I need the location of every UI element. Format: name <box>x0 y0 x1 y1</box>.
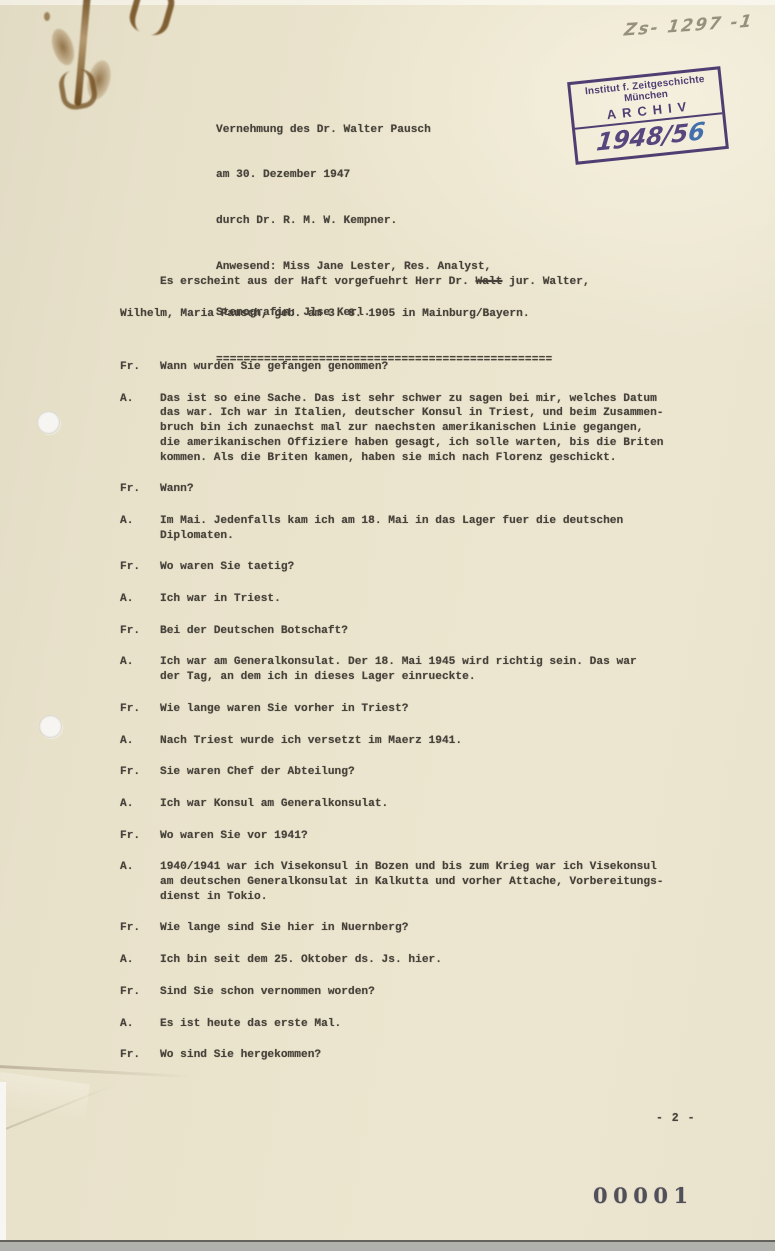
qa-label: A. <box>120 734 133 749</box>
qa-line: Wo waren Sie vor 1941? <box>160 829 710 844</box>
qa-row: Fr. Bei der Deutschen Botschaft? <box>120 624 710 639</box>
stamp-number-main: 1948/5 <box>595 119 690 157</box>
qa-lines: Sie waren Chef der Abteilung? <box>160 765 710 780</box>
qa-lines: Ich war am Generalkonsulat. Der 18. Mai … <box>160 655 710 684</box>
qa-label: Fr. <box>120 360 140 375</box>
qa-line: Wann? <box>160 482 710 497</box>
qa-row: Fr. Wann? <box>120 482 710 497</box>
qa-line: Es ist heute das erste Mal. <box>160 1017 710 1032</box>
qa-lines: Wie lange sind Sie hier in Nuernberg? <box>160 921 710 936</box>
document-header: Vernehmung des Dr. Walter Pausch am 30. … <box>216 92 552 398</box>
header-interrogator-line: durch Dr. R. M. W. Kempner. <box>216 214 552 229</box>
qa-row: Fr. Wo waren Sie taetig? <box>120 560 710 575</box>
qa-row: A. Nach Triest wurde ich versetzt im Mae… <box>120 734 710 749</box>
qa-label: A. <box>120 797 133 812</box>
qa-row: A. Im Mai. Jedenfalls kam ich am 18. Mai… <box>120 514 710 543</box>
qa-lines: 1940/1941 war ich Visekonsul in Bozen un… <box>160 860 710 904</box>
qa-lines: Wo waren Sie vor 1941? <box>160 829 710 844</box>
qa-label: A. <box>120 953 133 968</box>
page-number: - 2 - <box>656 1112 696 1125</box>
qa-lines: Es ist heute das erste Mal. <box>160 1017 710 1032</box>
intro-paragraph: Es erscheint aus der Haft vorgefuehrt He… <box>120 266 700 330</box>
paperclip-rust-stain <box>44 12 50 21</box>
qa-label: Fr. <box>120 482 140 497</box>
qa-label: Fr. <box>120 624 140 639</box>
qa-line: das war. Ich war in Italien, deutscher K… <box>160 406 710 421</box>
qa-row: A. Ich war in Triest. <box>120 592 710 607</box>
qa-label: A. <box>120 860 133 875</box>
qa-line: bruch bin ich zunaechst mal zur naechste… <box>160 421 710 436</box>
qa-line: Wann wurden Sie gefangen genommen? <box>160 360 710 375</box>
qa-label: A. <box>120 514 133 529</box>
qa-line: Ich war Konsul am Generalkonsulat. <box>160 797 710 812</box>
qa-lines: Sind Sie schon vernommen worden? <box>160 985 710 1000</box>
qa-lines: Das ist so eine Sache. Das ist sehr schw… <box>160 392 710 466</box>
qa-row: A. Ich bin seit dem 25. Oktober ds. Js. … <box>120 953 710 968</box>
qa-lines: Ich war Konsul am Generalkonsulat. <box>160 797 710 812</box>
qa-line: Ich war am Generalkonsulat. Der 18. Mai … <box>160 655 710 670</box>
qa-line: Wie lange waren Sie vorher in Triest? <box>160 702 710 717</box>
qa-row: A. Ich war Konsul am Generalkonsulat. <box>120 797 710 812</box>
scan-edge-bottom <box>0 1240 775 1251</box>
paper-edge-top <box>0 0 775 5</box>
intro-line1-pre: Es erscheint aus der Haft vorgefuehrt He… <box>160 276 476 288</box>
qa-line: Wo waren Sie taetig? <box>160 560 710 575</box>
document-page: Zs- 1297 -1 Institut f. Zeitgeschichte M… <box>0 0 775 1251</box>
qa-line: Sind Sie schon vernommen worden? <box>160 985 710 1000</box>
handwritten-archive-ref: Zs- 1297 -1 <box>623 11 755 40</box>
qa-line: 1940/1941 war ich Visekonsul in Bozen un… <box>160 860 710 875</box>
qa-lines: Wann wurden Sie gefangen genommen? <box>160 360 710 375</box>
qa-lines: Wo sind Sie hergekommen? <box>160 1048 710 1063</box>
qa-row: Fr. Wo sind Sie hergekommen? <box>120 1048 710 1063</box>
paperclip-rust-stain <box>48 26 79 68</box>
qa-row: A. Es ist heute das erste Mal. <box>120 1017 710 1032</box>
qa-lines: Wie lange waren Sie vorher in Triest? <box>160 702 710 717</box>
header-title-line: Vernehmung des Dr. Walter Pausch <box>216 123 552 138</box>
qa-lines: Ich bin seit dem 25. Oktober ds. Js. hie… <box>160 953 710 968</box>
qa-lines: Ich war in Triest. <box>160 592 710 607</box>
qa-line: kommen. Als die Briten kamen, haben sie … <box>160 451 710 466</box>
intro-line-1: Es erscheint aus der Haft vorgefuehrt He… <box>120 266 700 298</box>
qa-lines: Nach Triest wurde ich versetzt im Maerz … <box>160 734 710 749</box>
qa-label: Fr. <box>120 765 140 780</box>
qa-label: Fr. <box>120 985 140 1000</box>
qa-row: A. 1940/1941 war ich Visekonsul in Bozen… <box>120 860 710 904</box>
qa-line: Sie waren Chef der Abteilung? <box>160 765 710 780</box>
header-date-line: am 30. Dezember 1947 <box>216 168 552 183</box>
qa-row: Fr. Wie lange waren Sie vorher in Triest… <box>120 702 710 717</box>
qa-line: Bei der Deutschen Botschaft? <box>160 624 710 639</box>
qa-line: die amerikanischen Offiziere haben gesag… <box>160 436 710 451</box>
paper-crease <box>0 1072 90 1144</box>
qa-lines: Im Mai. Jedenfalls kam ich am 18. Mai in… <box>160 514 710 543</box>
qa-label: A. <box>120 592 133 607</box>
qa-list: Fr. Wann wurden Sie gefangen genommen? A… <box>120 360 710 1080</box>
qa-lines: Wann? <box>160 482 710 497</box>
intro-line1-post: jur. Walter, <box>502 276 589 288</box>
qa-line: am deutschen Generalkonsulat in Kalkutta… <box>160 875 710 890</box>
qa-label: A. <box>120 1017 133 1032</box>
qa-line: Ich war in Triest. <box>160 592 710 607</box>
qa-lines: Bei der Deutschen Botschaft? <box>160 624 710 639</box>
archive-stamp: Institut f. Zeitgeschichte München ARCHI… <box>567 66 729 165</box>
qa-line: Wie lange sind Sie hier in Nuernberg? <box>160 921 710 936</box>
qa-row: Fr. Wann wurden Sie gefangen genommen? <box>120 360 710 375</box>
punch-hole-bottom <box>39 715 62 738</box>
qa-line: Im Mai. Jedenfalls kam ich am 18. Mai in… <box>160 514 710 529</box>
qa-label: A. <box>120 392 133 407</box>
stamp-number-last: 6 <box>686 117 706 147</box>
qa-line: Das ist so eine Sache. Das ist sehr schw… <box>160 392 710 407</box>
qa-row: A. Ich war am Generalkonsulat. Der 18. M… <box>120 655 710 684</box>
punch-hole-top <box>37 411 60 434</box>
serial-number-stamp: 00001 <box>593 1183 694 1208</box>
intro-struck-word: Walt <box>476 276 503 288</box>
qa-label: A. <box>120 655 133 670</box>
qa-label: Fr. <box>120 829 140 844</box>
qa-line: Diplomaten. <box>160 529 710 544</box>
qa-label: Fr. <box>120 560 140 575</box>
paperclip-rust-stain <box>126 0 178 39</box>
paper-edge-left <box>0 1082 6 1244</box>
qa-line: dienst in Tokio. <box>160 890 710 905</box>
qa-label: Fr. <box>120 1048 140 1063</box>
qa-row: Fr. Sind Sie schon vernommen worden? <box>120 985 710 1000</box>
qa-row: Fr. Wo waren Sie vor 1941? <box>120 829 710 844</box>
qa-row: Fr. Wie lange sind Sie hier in Nuernberg… <box>120 921 710 936</box>
qa-line: Ich bin seit dem 25. Oktober ds. Js. hie… <box>160 953 710 968</box>
qa-lines: Wo waren Sie taetig? <box>160 560 710 575</box>
qa-line: der Tag, an dem ich in dieses Lager einr… <box>160 670 710 685</box>
qa-row: A. Das ist so eine Sache. Das ist sehr s… <box>120 392 710 466</box>
intro-line-2: Wilhelm, Maria Pausch, geb. am 3. 8. 190… <box>120 298 700 330</box>
qa-label: Fr. <box>120 921 140 936</box>
qa-label: Fr. <box>120 702 140 717</box>
qa-line: Wo sind Sie hergekommen? <box>160 1048 710 1063</box>
qa-line: Nach Triest wurde ich versetzt im Maerz … <box>160 734 710 749</box>
qa-row: Fr. Sie waren Chef der Abteilung? <box>120 765 710 780</box>
